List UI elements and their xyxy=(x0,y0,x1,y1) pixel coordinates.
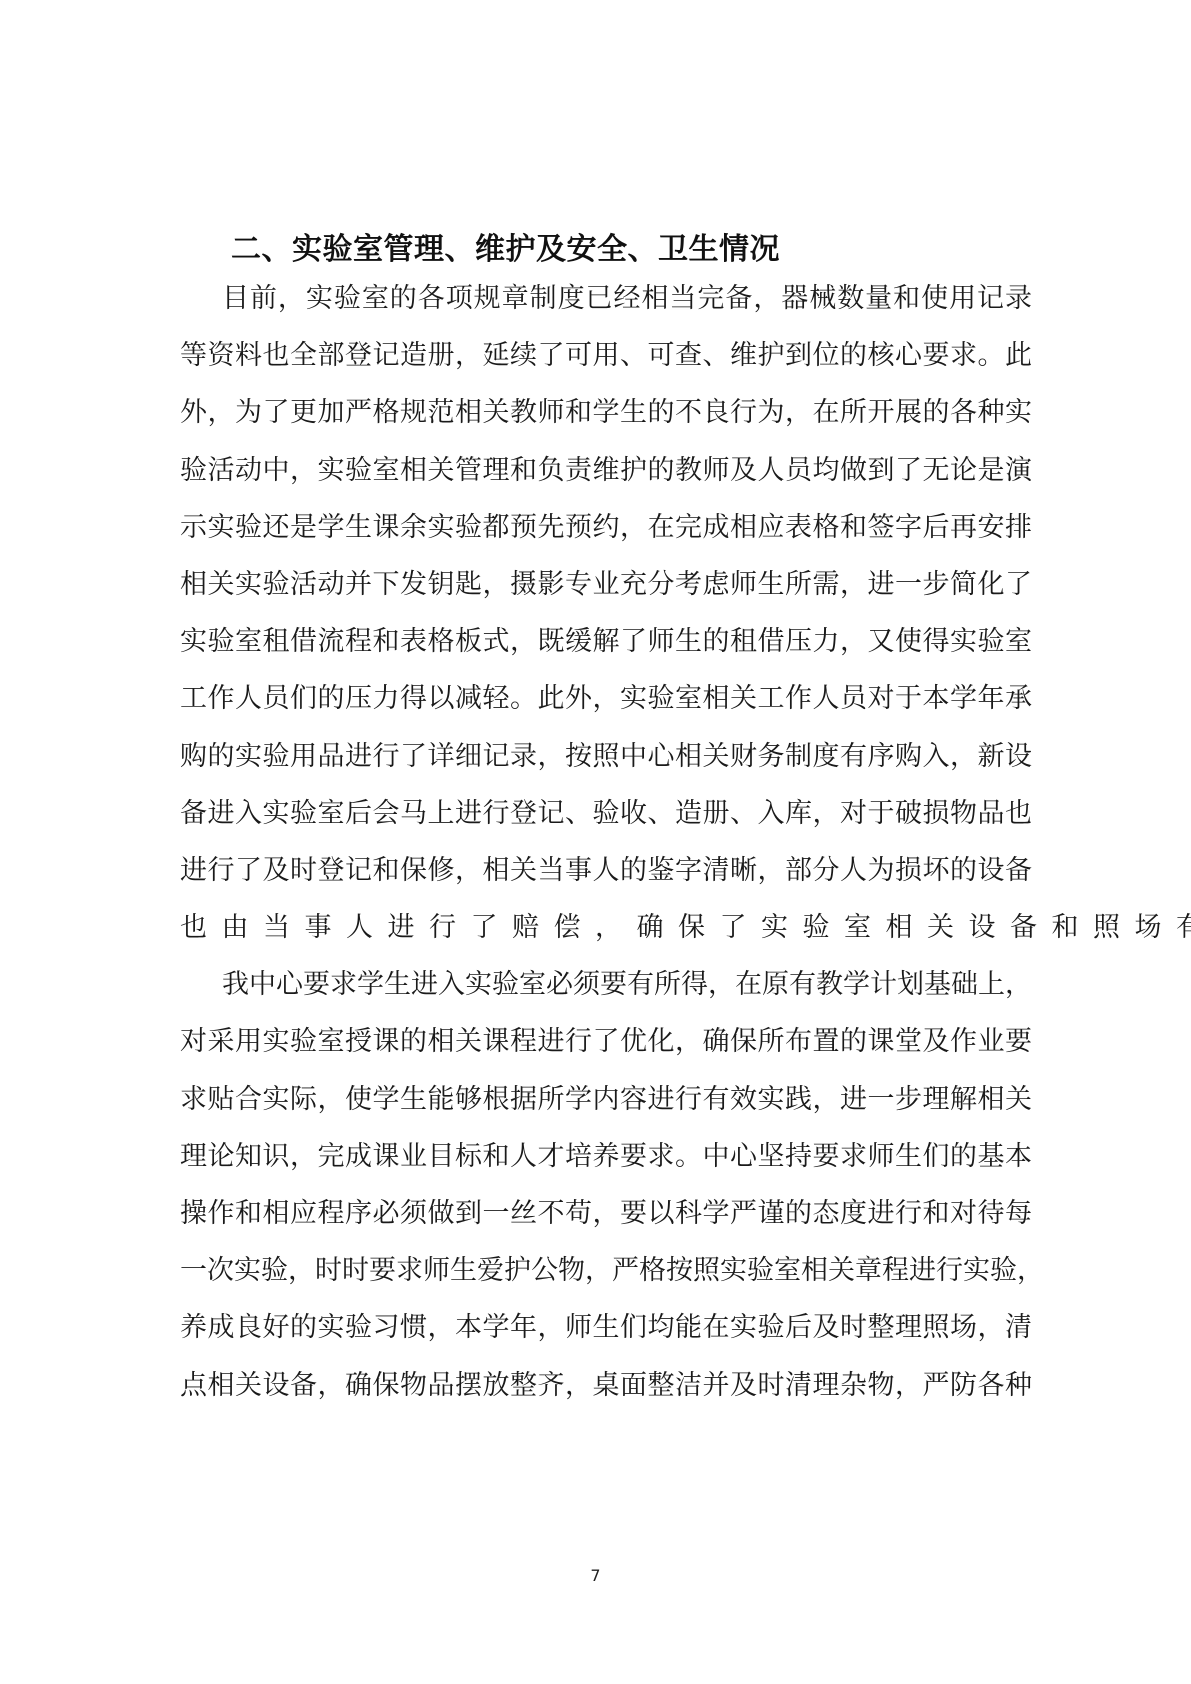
text-line: 实验室租借流程和表格板式，既缓解了师生的租借压力，又使得实验室 xyxy=(180,620,1032,677)
text-line: 备进入实验室后会马上进行登记、验收、造册、入库，对于破损物品也 xyxy=(180,792,1032,849)
text-line: 进行了及时登记和保修，相关当事人的鉴字清晰，部分人为损坏的设备 xyxy=(180,849,1032,906)
text-line: 养成良好的实验习惯，本学年，师生们均能在实验后及时整理照场，清 xyxy=(180,1306,1032,1363)
text-line: 对采用实验室授课的相关课程进行了优化，确保所布置的课堂及作业要 xyxy=(180,1020,1032,1077)
text-line: 我中心要求学生进入实验室必须要有所得，在原有教学计划基础上， xyxy=(180,963,1032,1020)
paragraph-1: 目前，实验室的各项规章制度已经相当完备，器械数量和使用记录 等资料也全部登记造册… xyxy=(180,277,1032,963)
text-line: 一次实验，时时要求师生爱护公物，严格按照实验室相关章程进行实验， xyxy=(180,1249,1032,1306)
text-line: 目前，实验室的各项规章制度已经相当完备，器械数量和使用记录 xyxy=(180,277,1032,334)
text-line: 验活动中，实验室相关管理和负责维护的教师及人员均做到了无论是演 xyxy=(180,449,1032,506)
text-line: 工作人员们的压力得以减轻。此外，实验室相关工作人员对于本学年承 xyxy=(180,677,1032,734)
text-line: 相关实验活动并下发钥匙，摄影专业充分考虑师生所需，进一步简化了 xyxy=(180,563,1032,620)
page-number: 7 xyxy=(0,1566,1191,1585)
text-line: 点相关设备，确保物品摆放整齐，桌面整洁并及时清理杂物，严防各种 xyxy=(180,1364,1032,1421)
text-line: 等资料也全部登记造册，延续了可用、可查、维护到位的核心要求。此 xyxy=(180,334,1032,391)
text-line: 外，为了更加严格规范相关教师和学生的不良行为，在所开展的各种实 xyxy=(180,391,1032,448)
body-text: 目前，实验室的各项规章制度已经相当完备，器械数量和使用记录 等资料也全部登记造册… xyxy=(180,277,1032,1421)
text-line: 求贴合实际，使学生能够根据所学内容进行有效实践，进一步理解相关 xyxy=(180,1078,1032,1135)
text-line: 示实验还是学生课余实验都预先预约，在完成相应表格和签字后再安排 xyxy=(180,506,1032,563)
document-page: 二、实验室管理、维护及安全、卫生情况 目前，实验室的各项规章制度已经相当完备，器… xyxy=(0,0,1191,1684)
text-line: 也由当事人进行了赔偿，确保了实验室相关设备和照场有序运行。 xyxy=(180,906,1032,963)
section-heading: 二、实验室管理、维护及安全、卫生情况 xyxy=(231,224,780,268)
text-line: 理论知识，完成课业目标和人才培养要求。中心坚持要求师生们的基本 xyxy=(180,1135,1032,1192)
paragraph-2: 我中心要求学生进入实验室必须要有所得，在原有教学计划基础上， 对采用实验室授课的… xyxy=(180,963,1032,1421)
text-line: 购的实验用品进行了详细记录，按照中心相关财务制度有序购入，新设 xyxy=(180,735,1032,792)
text-line: 操作和相应程序必须做到一丝不苟，要以科学严谨的态度进行和对待每 xyxy=(180,1192,1032,1249)
